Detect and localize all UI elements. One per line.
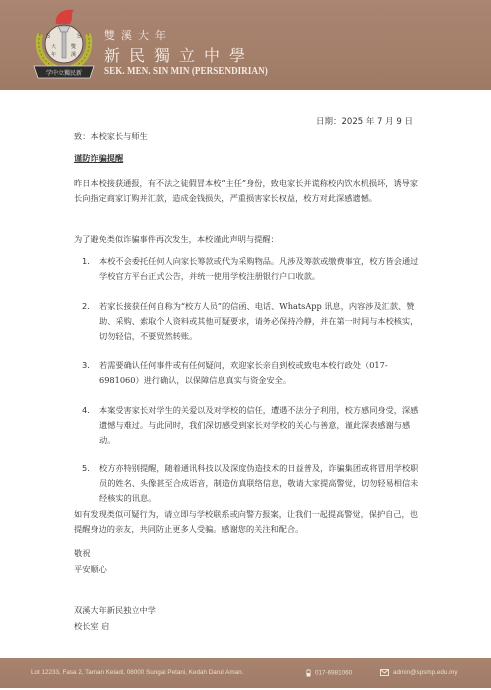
envelope-icon	[380, 669, 389, 676]
school-name-cn-line2: 新民獨立中學	[104, 43, 254, 66]
svg-text:年: 年	[51, 51, 56, 58]
list-item-text: 本校不会委托任何人向家长筹款或代为采购物品。凡涉及筹款或缴费事宜，校方皆会通过学…	[99, 254, 419, 284]
letter-subject: 谨防诈骗提醒	[74, 151, 419, 166]
list-item-number: 3.	[82, 358, 90, 373]
list-item-number: 1.	[82, 254, 90, 269]
svg-text:溪: 溪	[71, 51, 76, 58]
signature-school: 双溪大年新民独立中学	[74, 603, 419, 618]
footer-address: Lot 12233, Fasa 2, Taman Keladi, 08000 S…	[31, 669, 243, 676]
svg-text:大: 大	[51, 43, 56, 50]
closing-salutation: 敬祝	[74, 546, 419, 561]
letter-recipient: 致：本校家长与师生	[74, 129, 419, 144]
list-item-text: 若家长接获任何自称为“校方人员”的信函、电话、WhatsApp 讯息，内容涉及汇…	[99, 299, 419, 344]
letter-intro-paragraph: 昨日本校接获通报，有不法之徒假冒本校“主任”身份，致电家长并谎称校内饮水机损坏，…	[74, 176, 419, 206]
school-crest-icon: S S 大 雙 年 溪 学中立獨民新	[30, 4, 98, 82]
footer-email-address: admin@spsmp.edu.my	[393, 669, 458, 676]
list-item-number: 5.	[82, 461, 90, 476]
footer-phone: 017-6981060	[306, 669, 352, 677]
crest-banner-text: 学中立獨民新	[46, 69, 82, 77]
svg-text:S: S	[77, 33, 81, 40]
list-item-number: 2.	[82, 299, 90, 314]
footer-email: admin@spsmp.edu.my	[380, 669, 458, 676]
list-item-number: 4.	[82, 403, 90, 418]
svg-text:雙: 雙	[71, 43, 76, 50]
letter-outro-paragraph: 如有发现类似可疑行为，请立即与学校联系或向警方报案，让我们一起提高警觉，保护自己…	[74, 507, 419, 537]
letterhead-header: S S 大 雙 年 溪 学中立獨民新 雙溪大年 新民獨立中學 SEK. MEN.…	[0, 0, 491, 90]
list-item-text: 若需要确认任何事件或有任何疑问，欢迎家长亲自到校或致电本校行政处（017-698…	[99, 358, 419, 388]
letter-lead-in: 为了避免类似诈骗事件再次发生，本校谨此声明与提醒：	[74, 232, 419, 247]
phone-icon	[306, 669, 311, 677]
list-item-text: 本案受害家长对学生的关爱以及对学校的信任，遭遇不法分子利用，校方感同身受，深感遗…	[99, 403, 419, 448]
footer-phone-number: 017-6981060	[315, 670, 352, 677]
letterhead-footer: Lot 12233, Fasa 2, Taman Keladi, 08000 S…	[0, 658, 491, 688]
school-name-en: SEK. MEN. SIN MIN (PERSENDIRIAN)	[104, 66, 268, 77]
closing-wish: 平安顺心	[74, 562, 419, 577]
list-item-text: 校方亦特别提醒，随着通讯科技以及深度伪造技术的日益普及，诈骗集团或将冒用学校职员…	[99, 461, 419, 506]
letter-date: 日期：2025 年 7 月 9 日	[316, 115, 413, 127]
signature-office: 校长室 启	[74, 619, 419, 634]
svg-text:S: S	[46, 33, 50, 40]
school-name-cn-line1: 雙溪大年	[104, 27, 172, 43]
